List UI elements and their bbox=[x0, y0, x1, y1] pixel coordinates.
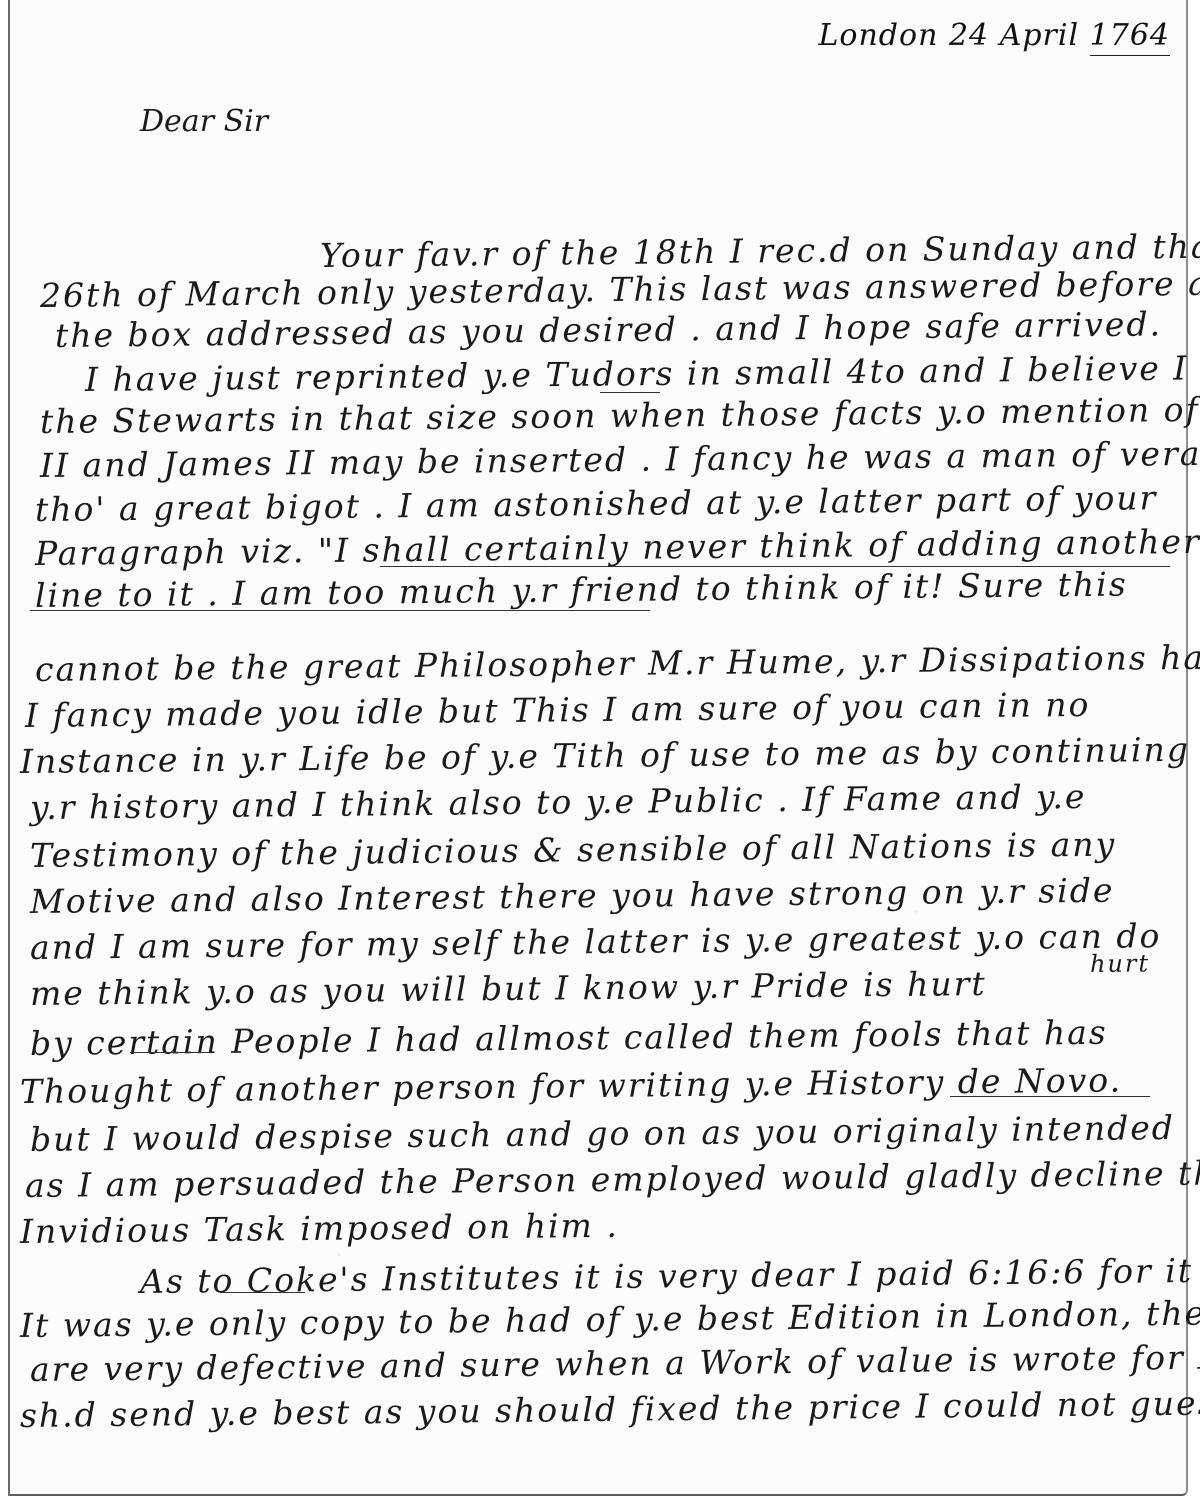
underline-quotation-line2 bbox=[30, 610, 650, 611]
letter-dateline: London 24 April 1764 bbox=[819, 18, 1171, 53]
underline-quotation-line1 bbox=[380, 566, 1170, 567]
dateline-year: 1764 bbox=[1090, 18, 1170, 56]
dateline-month: April bbox=[1000, 18, 1079, 53]
dateline-place: London bbox=[819, 18, 939, 53]
underline-tudors bbox=[600, 392, 660, 393]
letter-salutation: Dear Sir bbox=[140, 104, 268, 139]
dateline-day: 24 bbox=[949, 18, 989, 53]
interlinear-note: hurt bbox=[1090, 949, 1150, 978]
underline-cokes bbox=[220, 1292, 305, 1293]
letter-line: Invidious Task imposed on him . bbox=[20, 1206, 619, 1251]
underline-history-de-novo bbox=[950, 1096, 1150, 1097]
underline-certain bbox=[130, 1052, 210, 1053]
